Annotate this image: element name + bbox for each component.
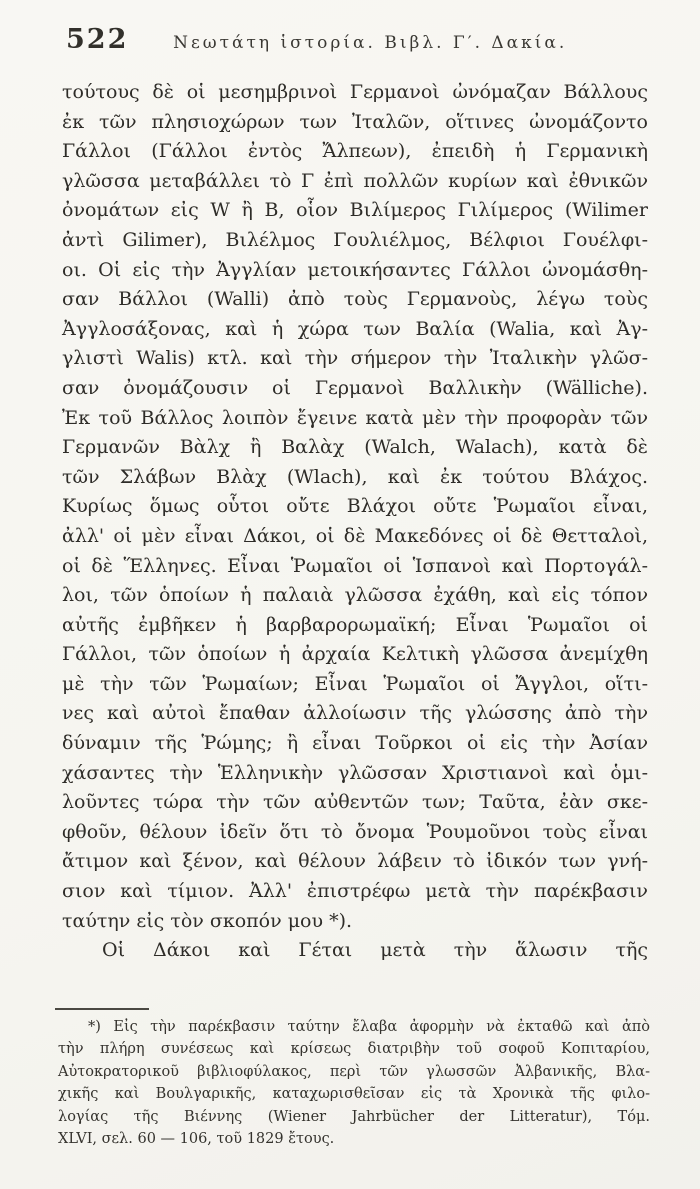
body-line: ἄτιμον καὶ ξένον, καὶ θέλουν λάβειν τὸ ἰ… <box>62 847 648 877</box>
footnote-line: λογίας τῆς Βιέννης (Wiener Jahrbücher de… <box>58 1106 650 1128</box>
body-line: γλιστὶ Walis) κτλ. καὶ τὴν σήμερον τὴν Ἰ… <box>62 344 648 374</box>
footnote-block: *) Εἰς τὴν παρέκβασιν ταύτην ἔλαβα ἀφορμ… <box>58 1016 650 1150</box>
body-line: Γάλλοι (Γάλλοι ἐντὸς Ἄλπεων), ἐπειδὴ ἡ Γ… <box>62 137 648 167</box>
body-line: ταύτην εἰς τὸν σκοπόν μου *). <box>62 907 648 937</box>
body-line: Ἀγγλοσάξονας, καὶ ἡ χώρα των Βαλία (Wali… <box>62 315 648 345</box>
body-line: ὀνομάτων εἰς W ἢ B, οἷον Βιλίμερος Γιλίμ… <box>62 196 648 226</box>
body-line: δύναμιν τῆς Ῥώμης; ἢ εἶναι Τοῦρκοι οἱ εἰ… <box>62 729 648 759</box>
body-line: νες καὶ αὐτοὶ ἔπαθαν ἀλλοίωσιν τῆς γλώσσ… <box>62 699 648 729</box>
body-line: μὲ τὴν τῶν Ῥωμαίων; Εἶναι Ῥωμαῖοι οἱ Ἄγγ… <box>62 670 648 700</box>
footnote-line: XLVI, σελ. 60 — 106, τοῦ 1829 ἔτους. <box>58 1128 650 1150</box>
body-line: αὐτῆς ἐμβῆκεν ἡ βαρβαρορωμαϊκή; Εἶναι Ῥω… <box>62 611 648 641</box>
body-line: λοῦντες τώρα τὴν τῶν αὐθεντῶν των; Ταῦτα… <box>62 788 648 818</box>
body-line: ἐκ τῶν πλησιοχώρων των Ἰταλῶν, οἵτινες ὠ… <box>62 108 648 138</box>
body-line: Γερμανῶν Βὰλχ ἢ Βαλὰχ (Walch, Walach), κ… <box>62 433 648 463</box>
body-line: ἀλλ' οἱ μὲν εἶναι Δάκοι, οἱ δὲ Μακεδόνες… <box>62 522 648 552</box>
body-line: τῶν Σλάβων Βλὰχ (Wlach), καὶ ἐκ τούτου Β… <box>62 463 648 493</box>
body-line: σιον καὶ τίμιον. Ἀλλ' ἐπιστρέφω μετὰ τὴν… <box>62 877 648 907</box>
body-line: φθοῦν, θέλουν ἰδεῖν ὅτι τὸ ὄνομα Ῥουμοῦν… <box>62 818 648 848</box>
footnote-line: τὴν πλήρη συνέσεως καὶ κρίσεως διατριβὴν… <box>58 1038 650 1060</box>
body-line: Κυρίως ὅμως οὗτοι οὔτε Βλάχοι οὔτε Ῥωμαῖ… <box>62 492 648 522</box>
body-line: λοι, τῶν ὁποίων ἡ παλαιὰ γλῶσσα ἐχάθη, κ… <box>62 581 648 611</box>
body-line: σαν Βάλλοι (Walli) ἀπὸ τοὺς Γερμανοὺς, λ… <box>62 285 648 315</box>
footnote-line: *) Εἰς τὴν παρέκβασιν ταύτην ἔλαβα ἀφορμ… <box>58 1016 650 1038</box>
body-line: σαν ὀνομάζουσιν οἱ Γερμανοὶ Βαλλικὴν (Wä… <box>62 374 648 404</box>
body-line: Οἱ Δάκοι καὶ Γέται μετὰ τὴν ἅλωσιν τῆς <box>62 936 648 966</box>
body-line: ἀντὶ Gilimer), Βιλέλμος Γουλιέλμος, Βέλφ… <box>62 226 648 256</box>
book-page: 522 Νεωτάτη ἱστορία. Βιβλ. Γ′. Δακία. το… <box>0 0 700 1189</box>
page-header: 522 Νεωτάτη ἱστορία. Βιβλ. Γ′. Δακία. <box>66 24 642 55</box>
body-line: χάσαντες τὴν Ἑλληνικὴν γλῶσσαν Χριστιανο… <box>62 759 648 789</box>
body-line: τούτους δὲ οἱ μεσημβρινοὶ Γερμανοὶ ὠνόμα… <box>62 78 648 108</box>
body-line: Ἐκ τοῦ Βάλλος λοιπὸν ἔγεινε κατὰ μὲν τὴν… <box>62 404 648 434</box>
running-title: Νεωτάτη ἱστορία. Βιβλ. Γ′. Δακία. <box>128 33 642 53</box>
body-line: οι. Οἱ εἰς τὴν Ἀγγλίαν μετοικήσαντες Γάλ… <box>62 256 648 286</box>
footnote-line: χικῆς καὶ Βουλγαρικῆς, καταχωρισθεῖσαν ε… <box>58 1083 650 1105</box>
main-text-block: τούτους δὲ οἱ μεσημβρινοὶ Γερμανοὶ ὠνόμα… <box>62 78 648 966</box>
page-number: 522 <box>66 24 128 55</box>
footnote-separator <box>55 1008 149 1010</box>
body-line: οἱ δὲ Ἕλληνες. Εἶναι Ῥωμαῖοι οἱ Ἱσπανοὶ … <box>62 552 648 582</box>
footnote-line: Αὐτοκρατορικοῦ βιβλιοφύλακος, περὶ τῶν γ… <box>58 1061 650 1083</box>
body-line: γλῶσσα μεταβάλλει τὸ Γ ἐπὶ πολλῶν κυρίων… <box>62 167 648 197</box>
body-line: Γάλλοι, τῶν ὁποίων ἡ ἀρχαία Κελτικὴ γλῶσ… <box>62 640 648 670</box>
